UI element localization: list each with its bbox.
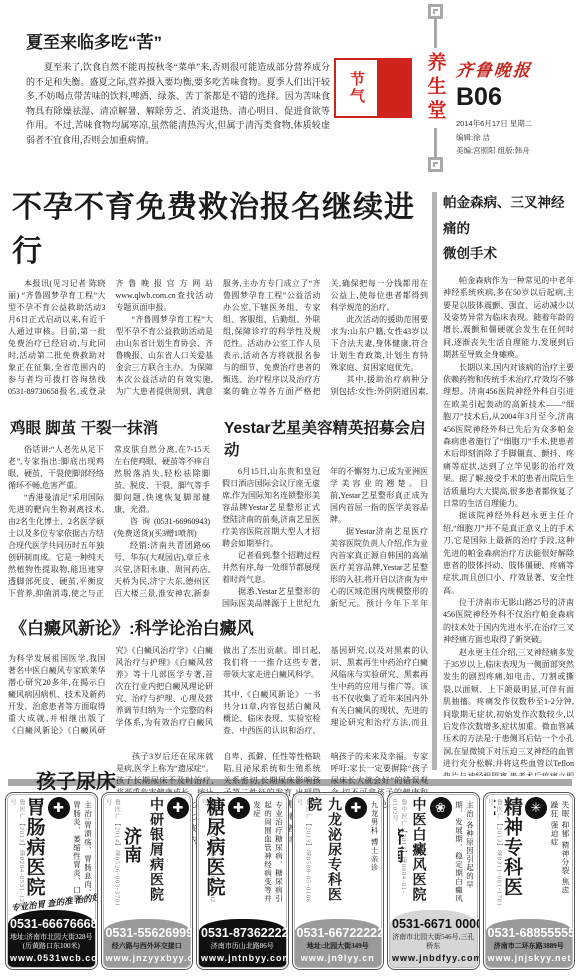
art-editor-line: 美编:宫照阳 组版:韩舟 [456,144,574,158]
article-body: 俗话讲:“人老先从足下老”,专家指出:脚底出现鸡眼、硬茧、干裂使脚部经络循环不畅… [8,444,210,604]
meander-border-icon: 养生堂 [420,4,450,172]
ad-website: www.jntnbyy.com [201,953,284,963]
article-body: 夏至来了,饮食自然不能再按秋冬“菜单”来,否则很可能造成部分营养成分的不足和失衡… [26,60,330,147]
ad-specialty-text: 失眠 抑郁 精神分裂 焦虑 躁狂 强迫症 [549,797,571,903]
medical-cross-icon: ✚ [48,797,70,819]
ad-contact-box: 0531-87362222 济南市历山北路86号 www.jntnbyy.com [199,919,286,967]
ad-address: 济南市历山北路86号 [201,942,284,951]
ad-website: www.0531wcb.com [10,953,93,963]
stamp-red-block [379,58,412,118]
ad-contact-box: 0531-55626999 经六路与西外环交接口 www.jnzyyxbyy.c… [104,919,191,967]
hospital-city: 济南 [16,827,19,903]
hospital-ad: 鲁医广【2014】第0526-003-3701号 ✚ 中研银屑病医院 济南 05… [101,792,194,970]
date-credits: 2014年6月17日 星期二 编辑:徐 洁 美编:宫照阳 组版:韩舟 [456,117,574,158]
sidebar-body: 帕金森病作为一种常见的中老年神经系统疾病,多在50岁以后起病,主要是以肢体震颤、… [443,275,574,776]
paragraph: 咨询(0531-66960943)(免费送货)(买3赠1喷剂) [114,516,210,540]
ad-address: 经六路与西外环交接口 [106,942,189,951]
ad-specialty-text: 九龙男科 博士亲诊 [369,797,380,903]
ad-specialty-text: 专业治疗糖尿病、糖尿病引起的周围血管神经病变等并发症 [252,797,285,903]
date-line: 2014年6月17日 星期二 [456,117,574,131]
masthead: 养生堂 齐鲁晚报 B06 2014年6月17日 星期二 编辑:徐 洁 美编:宫照… [420,4,576,176]
flower-icon: ❀ [430,797,452,819]
paragraph: 此次活动的援助范围要求为:山东户籍,女性43岁以下合法夫妻,身体健康,符合计划生… [331,314,429,374]
ad-phone: 0531-55626999 [106,926,189,940]
hospital-name: 糖尿病医院 [207,797,228,903]
paragraph: 长期以来,国内对该病的治疗主要依赖药物和传统手术治疗,疗效均不够理想。济南456… [443,362,574,511]
hospital-name: 精神专科医院 [494,797,526,903]
article-title: 《白癜风新论》:科学论治白癜风 [10,614,428,639]
vertical-divider [432,192,437,770]
paragraph: 赵永更主任介绍,三叉神经痛多发于35岁以上,临床表现为一侧面部突然发生的剧烈疼痛… [443,647,574,776]
emblem-icon: ✳ [525,797,547,819]
hospital-city: 济南 [303,827,304,903]
paragraph: 6月15日,山东贵和皇冠假日酒店国际会议厅座无虚席,作为国际知名连锁整形美容品牌… [222,466,320,550]
hospital-city: 济南 [398,827,408,903]
hospital-ad: 鲁医广【2013】第0508-05-0106号 九龙男科 博士亲诊 ✚ 九龙泌尿… [292,792,385,970]
ad-address: 济南市北园大街546号,三孔桥东 [392,933,475,951]
vitiligo-article: 《白癜风新论》:科学论治白癜风 为科学发展祖国医学,我国著名中医白癜风专家欧莱华… [8,614,428,739]
paper-logo: 齐鲁晚报 [455,56,534,81]
yestar-article: Yestar艺星美容精英招募会启动 6月15日,山东贵和皇冠假日酒店国际会议厅座… [218,416,428,608]
ad-specialty-text: 主治:各种原因引起的早期、发展期、稳定期白癜风 [454,797,476,903]
paragraph: 位于济南市无影山路25号的济南456医院神经外科不仅治疗帕金森病的技术处于国内先… [443,597,574,647]
ad-website: www.jn9lyy.cn [297,953,380,963]
ad-contact-box: 0531-66676668 地址:济南市北园大街328号(历黄路口东100米) … [8,910,95,967]
masthead-info: 齐鲁晚报 B06 2014年6月17日 星期二 编辑:徐 洁 美编:宫照阳 组版… [450,4,576,176]
hospital-ad: 鲁医广【2013】第0204-0531-120号 主治:胃溃疡、胃肠息肉、胃肠炎… [5,792,98,970]
sidebar-headline: 帕金森病、三叉神经痛的 微创手术 [443,190,574,267]
section-name: 养生堂 [422,52,449,124]
content-row: 不孕不育免费救治报名继续进行 本报讯(见习记者 陈晓丽) “齐鲁圆梦孕育工程”大… [0,176,580,776]
ad-phone: 0531-66722222 [297,926,380,940]
hospital-name: 中医白癜风医院 [410,797,430,903]
sidebar-column: 帕金森病、三叉神经痛的 微创手术 帕金森病作为一种常见的中老年神经系统疾病,多在… [441,178,576,776]
article-body: 6月15日,山东贵和皇冠假日酒店国际会议厅座无虚席,作为国际知名连锁整形美容品牌… [222,466,428,608]
ad-contact-box: 0531-66722222 地址:北园大街349号 www.jn9lyy.cn [295,919,382,967]
ad-phone: 0531-87362222 [201,926,284,940]
main-headline: 不孕不育免费救治报名继续进行 [8,178,428,278]
corn-article: 鸡眼 脚茧 干裂一抹消 俗话讲:“人老先从足下老”,专家指出:脚底出现鸡眼、硬茧… [8,416,218,608]
solar-terms-article: 夏至来临多吃“苦” 夏至来了,饮食自然不能再按秋冬“菜单”来,否则很可能造成部分… [8,4,334,176]
hospital-ad: 鲁医广【2013】第0311-001-1701号 失眠 抑郁 精神分裂 焦虑 躁… [483,792,576,970]
hospital-ad: 鲁中医广【2013】第0604-01-0102号 主治:各种原因引起的早期、发展… [387,792,480,970]
hospital-name: 胃肠病医院 [21,797,48,903]
seal-icon: 节气 [334,58,412,118]
hospital-city: 济南 [119,827,145,903]
paragraph: 据该院神经外科赵永更主任介绍,“细胞刀”并不是真正意义上的手术刀,它是国际上最新… [443,510,574,597]
ad-website: www.jnbdfyy.com [392,953,475,963]
article-title: 鸡眼 脚茧 干裂一抹消 [10,416,210,438]
hospital-name: 中研银屑病医院 [147,797,167,903]
hospital-name: 九龙泌尿专科医院 [305,797,345,903]
article-body: 为科学发展祖国医学,我国著名中医白癜风专家欧莱华潜心研究20多年,在揭示白癜风病… [8,645,428,739]
medical-cross-icon: ✚ [345,797,367,819]
editor-line: 编辑:徐 洁 [456,131,574,145]
ad-contact-box: 0531-6671 0000 济南市北园大街546号,三孔桥东 www.jnbd… [390,910,477,967]
newspaper-page: 夏至来临多吃“苦” 夏至来了,饮食自然不能再按秋冬“菜单”来,否则很可能造成部分… [0,0,580,980]
ad-specialty-text: 主治:胃溃疡、胃肠息肉、胃肠炎、萎缩性胃炎、口臭 [72,797,94,903]
medical-cross-icon: ✚ [228,797,250,819]
ad-address: 济南市二环东路3889号 [488,942,571,951]
ad-phone: 0531-6671 0000 [392,917,475,931]
hospital-ad: 鲁医广【2013】第0535-01-0102号 专业治疗糖尿病、糖尿病引起的周围… [196,792,289,970]
page-number: B06 [456,83,574,112]
ad-phone: 0531-68855555 [488,926,571,940]
ad-contact-box: 0531-68855555 济南市二环东路3889号 www.jnjskyy.n… [486,919,573,967]
top-section: 夏至来临多吃“苦” 夏至来了,饮食自然不能再按秋冬“菜单”来,否则很可能造成部分… [0,0,580,176]
stamp-label: 节气 [346,71,367,105]
main-article-body: 本报讯(见习记者 陈晓丽) “齐鲁圆梦孕育工程”大型不孕不育公益救助活动3月6日… [8,278,428,406]
ad-website: www.jnzyyxbyy.com [106,953,189,963]
ad-phone: 0531-66676668 [10,917,93,931]
main-column: 不孕不育免费救治报名继续进行 本报讯(见习记者 陈晓丽) “齐鲁圆梦孕育工程”大… [8,178,428,776]
paragraph: 记者看到,整个招聘过程井然有序,每一处细节都展现着时尚气息。 [222,550,320,586]
paragraph: 帕金森病作为一种常见的中老年神经系统疾病,多在50岁以后起病,主要是以肢体震颤、… [443,275,574,362]
paragraph: 俗话讲:“人老先从足下老”,专家指出:脚底出现鸡眼、硬茧、干裂使脚部经络循环不畅… [8,444,104,492]
sub-articles-row: 鸡眼 脚茧 干裂一抹消 俗话讲:“人老先从足下老”,专家指出:脚底出现鸡眼、硬茧… [8,416,428,608]
solar-term-stamp: 节气 [334,4,420,176]
ad-address: 地址:济南市北园大街328号(历黄路口东100米) [10,933,93,951]
article-title: Yestar艺星美容精英招募会启动 [224,416,428,460]
article-title: 夏至来临多吃“苦” [26,28,330,53]
medical-cross-icon: ✚ [167,797,189,819]
ad-website: www.jnjskyy.net [488,953,571,963]
ad-address: 地址:北园大街349号 [297,942,380,951]
